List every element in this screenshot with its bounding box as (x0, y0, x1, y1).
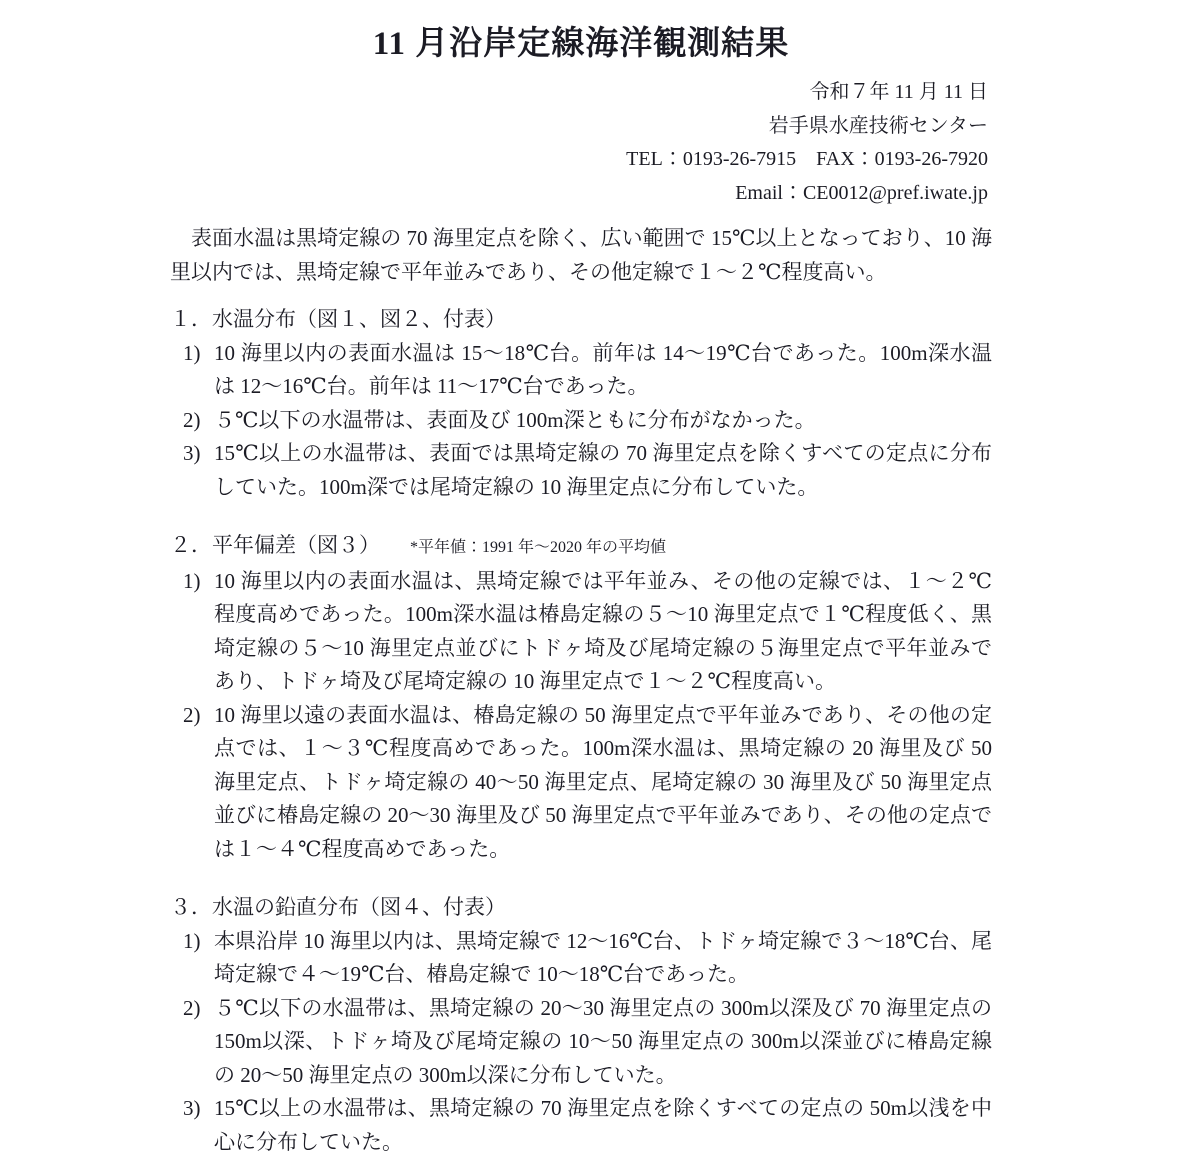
list-item: 2)10 海里以遠の表面水温は、椿島定線の 50 海里定点で平年並みであり、その… (183, 699, 992, 867)
item-number: 1) (183, 337, 214, 404)
section-2: ２．平年偏差（図３）*平年値：1991 年～2020 年の平均値1)10 海里以… (170, 529, 992, 866)
section-3: ３．水温の鉛直分布（図４、付表）1)本県沿岸 10 海里以内は、黒埼定線で 12… (170, 891, 992, 1159)
item-text: 10 海里以遠の表面水温は、椿島定線の 50 海里定点で平年並みであり、その他の… (214, 699, 992, 867)
intro-paragraph: 表面水温は黒埼定線の 70 海里定点を除く、広い範囲で 15℃以上となっており、… (170, 222, 992, 289)
list-item: 1)10 海里以内の表面水温は 15～18℃台。前年は 14～19℃台であった。… (183, 337, 992, 404)
section-heading: ２．平年偏差（図３）*平年値：1991 年～2020 年の平均値 (170, 529, 992, 565)
item-text: 10 海里以内の表面水温は 15～18℃台。前年は 14～19℃台であった。10… (214, 337, 992, 404)
sections: １．水温分布（図１、図２、付表）1)10 海里以内の表面水温は 15～18℃台。… (170, 303, 992, 1159)
section-heading: １．水温分布（図１、図２、付表） (170, 303, 992, 337)
item-number: 3) (183, 1092, 214, 1159)
item-text: ５℃以下の水温帯は、表面及び 100m深ともに分布がなかった。 (214, 404, 992, 438)
list-item: 3)15℃以上の水温帯は、黒埼定線の 70 海里定点を除くすべての定点の 50m… (183, 1092, 992, 1159)
section-heading-text: ３．水温の鉛直分布（図４、付表） (170, 895, 506, 919)
section-heading: ３．水温の鉛直分布（図４、付表） (170, 891, 992, 925)
contact-block: 令和７年 11 月 11 日 岩手県水産技術センター TEL：0193-26-7… (170, 76, 992, 210)
item-text: 15℃以上の水温帯は、黒埼定線の 70 海里定点を除くすべての定点の 50m以浅… (214, 1092, 992, 1159)
item-number: 3) (183, 437, 214, 504)
item-number: 2) (183, 992, 214, 1093)
item-text: 15℃以上の水温帯は、表面では黒埼定線の 70 海里定点を除くすべての定点に分布… (214, 437, 992, 504)
list-item: 2)５℃以下の水温帯は、表面及び 100m深ともに分布がなかった。 (183, 404, 992, 438)
document-page: 11 月沿岸定線海洋観測結果 令和７年 11 月 11 日 岩手県水産技術センタ… (0, 0, 1200, 1168)
section-heading-text: １．水温分布（図１、図２、付表） (170, 307, 506, 331)
section-heading-text: ２．平年偏差（図３） (170, 533, 380, 557)
item-text: ５℃以下の水温帯は、黒埼定線の 20～30 海里定点の 300m以深及び 70 … (214, 992, 992, 1093)
section-1: １．水温分布（図１、図２、付表）1)10 海里以内の表面水温は 15～18℃台。… (170, 303, 992, 504)
item-number: 2) (183, 699, 214, 867)
organization-name: 岩手県水産技術センター (170, 110, 988, 144)
email-line: Email：CE0012@pref.iwate.jp (170, 177, 988, 211)
tel-fax-line: TEL：0193-26-7915 FAX：0193-26-7920 (170, 143, 988, 177)
item-number: 2) (183, 404, 214, 438)
list-item: 2)５℃以下の水温帯は、黒埼定線の 20～30 海里定点の 300m以深及び 7… (183, 992, 992, 1093)
list-item: 3)15℃以上の水温帯は、表面では黒埼定線の 70 海里定点を除くすべての定点に… (183, 437, 992, 504)
item-number: 1) (183, 925, 214, 992)
page-title: 11 月沿岸定線海洋観測結果 (170, 22, 992, 66)
item-number: 1) (183, 565, 214, 699)
list-item: 1)10 海里以内の表面水温は、黒埼定線では平年並み、その他の定線では、１～２℃… (183, 565, 992, 699)
list-item: 1)本県沿岸 10 海里以内は、黒埼定線で 12～16℃台、トドヶ埼定線で３～1… (183, 925, 992, 992)
item-text: 本県沿岸 10 海里以内は、黒埼定線で 12～16℃台、トドヶ埼定線で３～18℃… (214, 925, 992, 992)
report-date: 令和７年 11 月 11 日 (170, 76, 988, 110)
item-text: 10 海里以内の表面水温は、黒埼定線では平年並み、その他の定線では、１～２℃程度… (214, 565, 992, 699)
section-note: *平年値：1991 年～2020 年の平均値 (410, 539, 666, 556)
document-column: 11 月沿岸定線海洋観測結果 令和７年 11 月 11 日 岩手県水産技術センタ… (170, 0, 992, 1159)
